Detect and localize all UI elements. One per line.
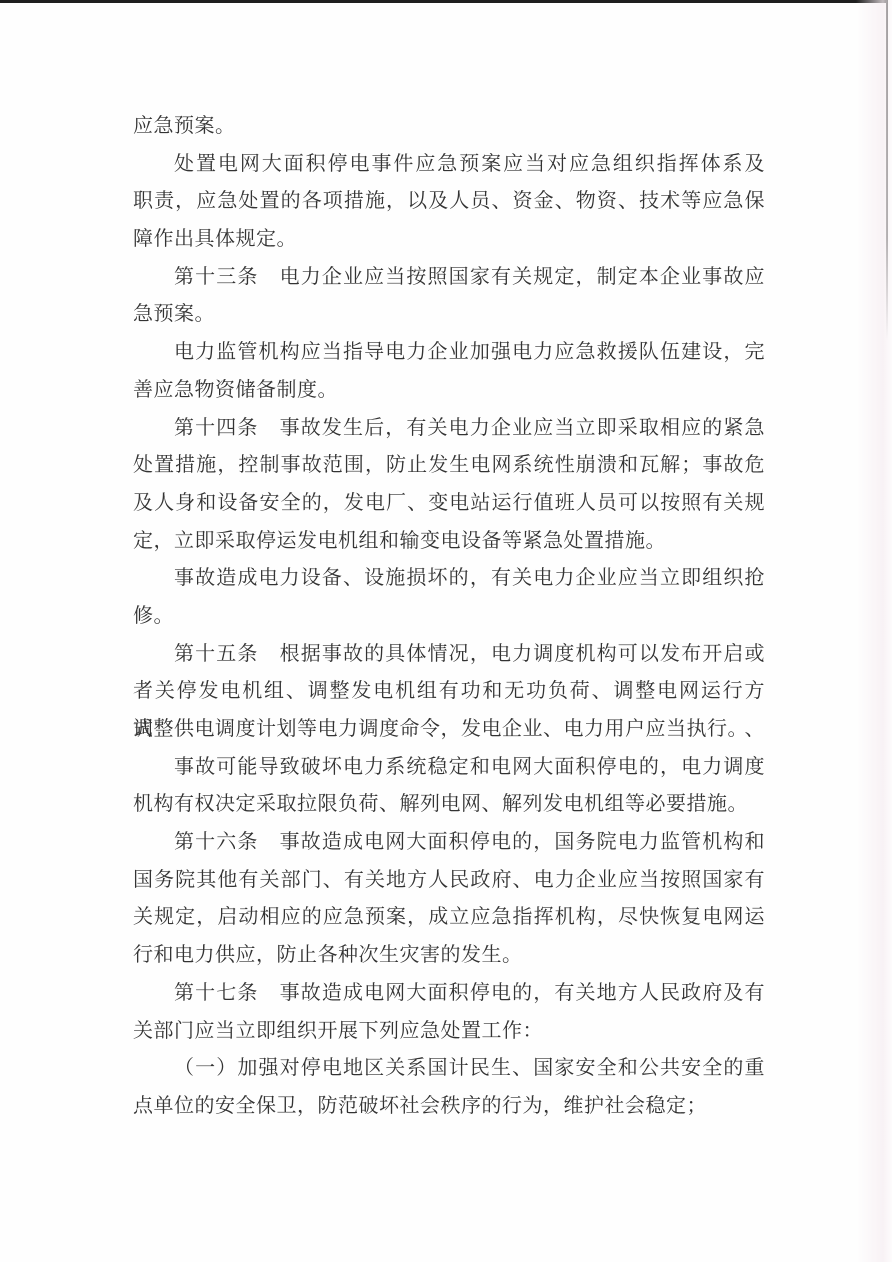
text-line-p10-l2: 关部门应当立即组织开展下列应急处置工作： — [133, 1013, 765, 1051]
text-line-p2-l1: 处置电网大面积停电事件应急预案应当对应急组织指挥体系及 — [133, 146, 765, 184]
text-line-p5-l1: 第十四条 事故发生后，有关电力企业应当立即采取相应的紧急 — [133, 410, 765, 448]
text-line-p6-l2: 修。 — [133, 598, 765, 636]
text-line-p6-l1: 事故造成电力设备、设施损坏的，有关电力企业应当立即组织抢 — [133, 560, 765, 598]
text-line-p10-l1: 第十七条 事故造成电网大面积停电的，有关地方人民政府及有 — [133, 975, 765, 1013]
text-line-p8-l1: 事故可能导致破坏电力系统稳定和电网大面积停电的，电力调度 — [133, 749, 765, 787]
text-line-p5-l2: 处置措施，控制事故范围，防止发生电网系统性崩溃和瓦解；事故危 — [133, 447, 765, 485]
text-line-p7-l3: 调整供电调度计划等电力调度命令，发电企业、电力用户应当执行。 — [133, 711, 765, 749]
text-line-p5-l3: 及人身和设备安全的，发电厂、变电站运行值班人员可以按照有关规 — [133, 485, 765, 523]
scan-top-edge-line — [0, 0, 887, 3]
text-line-p9-l1: 第十六条 事故造成电网大面积停电的，国务院电力监管机构和 — [133, 824, 765, 862]
text-line-p8-l2: 机构有权决定采取拉限负荷、解列电网、解列发电机组等必要措施。 — [133, 786, 765, 824]
text-line-p1-l1: 应急预案。 — [133, 108, 765, 146]
text-line-p7-l1: 第十五条 根据事故的具体情况，电力调度机构可以发布开启或 — [133, 636, 765, 674]
text-line-p11-l2: 点单位的安全保卫，防范破坏社会秩序的行为，维护社会稳定； — [133, 1088, 765, 1126]
text-line-p2-l3: 障作出具体规定。 — [133, 221, 765, 259]
document-text-block: 应急预案。处置电网大面积停电事件应急预案应当对应急组织指挥体系及职责，应急处置的… — [133, 108, 765, 1126]
text-line-p4-l1: 电力监管机构应当指导电力企业加强电力应急救援队伍建设，完 — [133, 334, 765, 372]
text-line-p9-l3: 关规定，启动相应的应急预案，成立应急指挥机构，尽快恢复电网运 — [133, 899, 765, 937]
text-line-p2-l2: 职责，应急处置的各项措施，以及人员、资金、物资、技术等应急保 — [133, 183, 765, 221]
text-line-p4-l2: 善应急物资储备制度。 — [133, 372, 765, 410]
scanned-document-page: 应急预案。处置电网大面积停电事件应急预案应当对应急组织指挥体系及职责，应急处置的… — [0, 0, 892, 1262]
text-line-p9-l2: 国务院其他有关部门、有关地方人民政府、电力企业应当按照国家有 — [133, 862, 765, 900]
scan-right-edge-line — [886, 0, 888, 340]
text-line-p11-l1: （一）加强对停电地区关系国计民生、国家安全和公共安全的重 — [133, 1050, 765, 1088]
text-line-p7-l2: 者关停发电机组、调整发电机组有功和无功负荷、调整电网运行方式、 — [133, 673, 765, 711]
text-line-p3-l1: 第十三条 电力企业应当按照国家有关规定，制定本企业事故应 — [133, 259, 765, 297]
text-line-p9-l4: 行和电力供应，防止各种次生灾害的发生。 — [133, 937, 765, 975]
text-line-p5-l4: 定，立即采取停运发电机组和输变电设备等紧急处置措施。 — [133, 523, 765, 561]
text-line-p3-l2: 急预案。 — [133, 296, 765, 334]
